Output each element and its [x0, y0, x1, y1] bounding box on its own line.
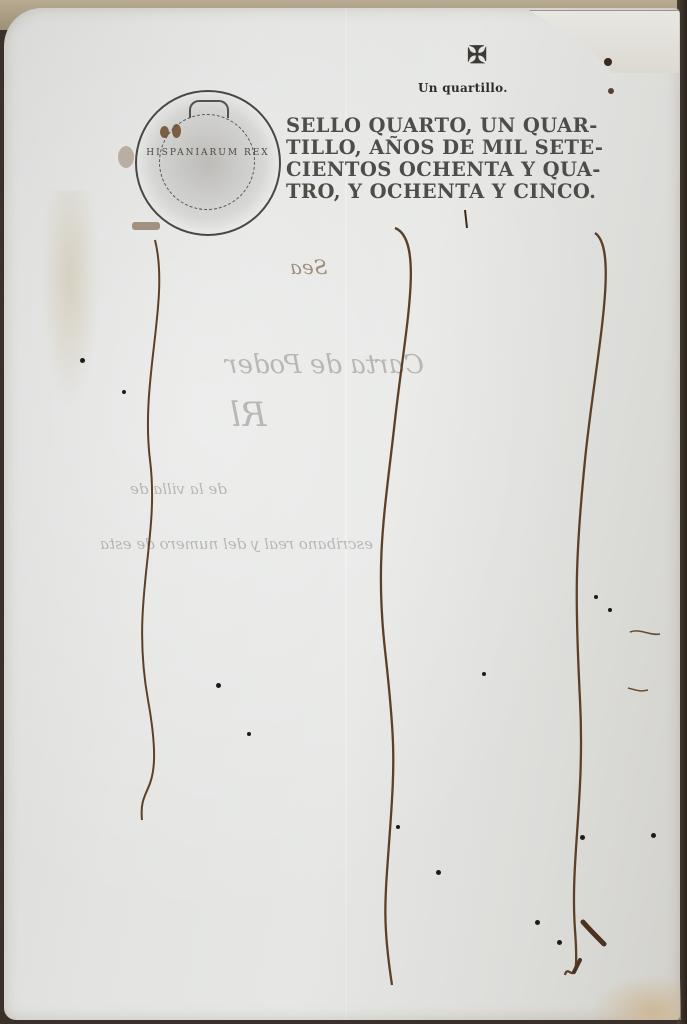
punch-hole-dot — [651, 833, 656, 838]
punch-hole-dot — [396, 825, 400, 829]
punch-hole-dot — [557, 940, 562, 945]
ink-spot — [604, 58, 612, 66]
punch-hole-dot — [482, 672, 486, 676]
punch-hole-dot — [580, 835, 585, 840]
punch-hole-dot — [247, 732, 251, 736]
punch-hole-dot — [216, 683, 221, 688]
ink-spot — [608, 88, 614, 94]
punch-hole-dot — [608, 608, 612, 612]
punch-hole-dot — [535, 920, 540, 925]
margin-ruling-lines — [0, 0, 687, 1024]
punch-hole-dot — [436, 870, 441, 875]
punch-hole-dot — [594, 595, 598, 599]
punch-hole-dot — [122, 390, 126, 394]
punch-hole-dot — [80, 358, 85, 363]
